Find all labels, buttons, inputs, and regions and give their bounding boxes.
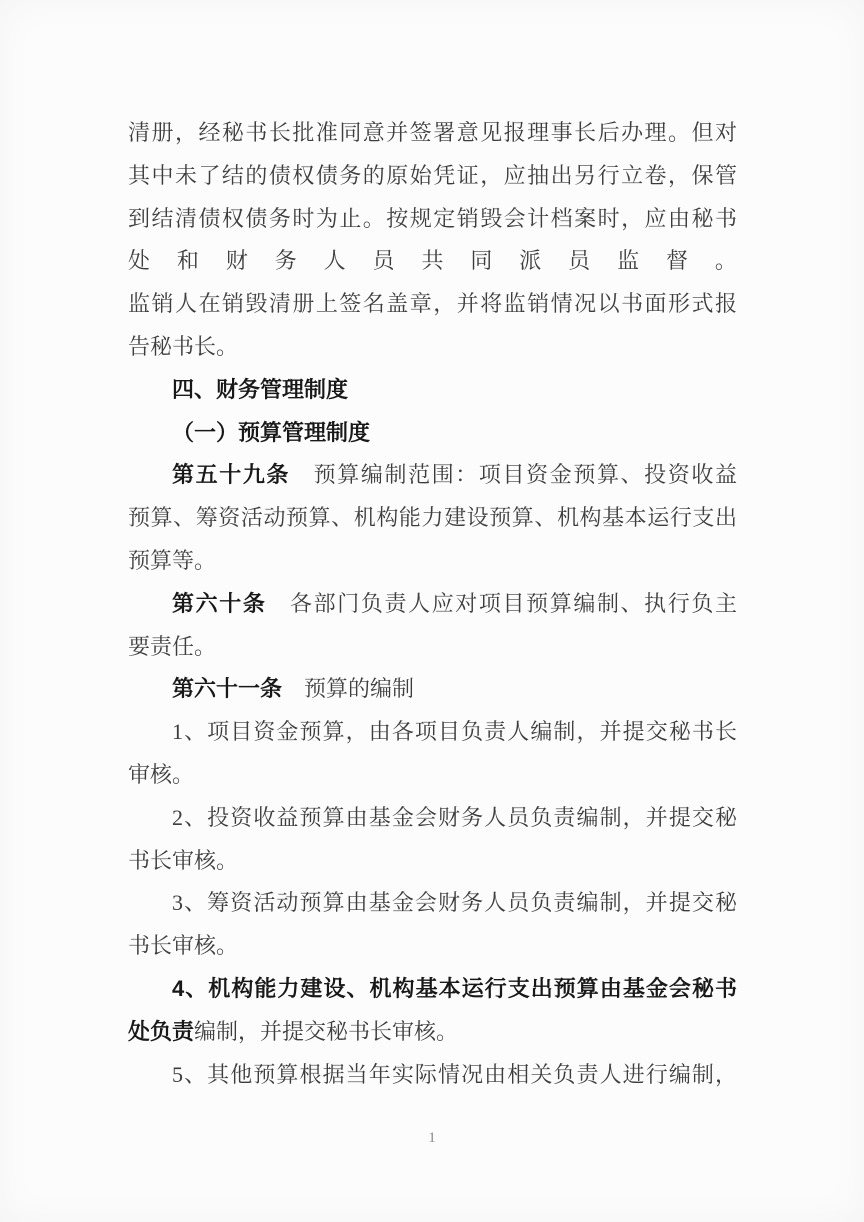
text-char: 人	[324, 240, 346, 283]
document-body: 清册，经秘书长批准同意并签署意见报理事长后办理。但对其中未了结的债权债务的原始凭…	[128, 112, 737, 1096]
text-char: 处	[128, 240, 150, 283]
text-line: 书长审核。	[128, 840, 737, 883]
text-segment-bold: 第六十条	[172, 591, 266, 616]
text-segment: 监销人在销毁清册上签名盖章，并将监销情况以书面形式报	[128, 291, 737, 316]
text-segment: 编制，并提交秘书长审核。	[194, 1019, 458, 1044]
text-line: 第六十条 各部门负责人应对项目预算编制、执行负主	[128, 583, 737, 626]
text-line: 5、其他预算根据当年实际情况由相关负责人进行编制，	[128, 1054, 737, 1097]
text-line: 清册，经秘书长批准同意并签署意见报理事长后办理。但对	[128, 112, 737, 155]
text-line: 四、财务管理制度	[128, 369, 737, 412]
text-segment: 告秘书长。	[128, 334, 238, 359]
text-segment: 其中未了结的债权债务的原始凭证，应抽出另行立卷，保管	[128, 163, 737, 188]
text-segment-bold: 4、机构能力建设、机构基本运行支出预算由基金会秘书	[172, 976, 737, 1001]
text-segment: 预算编制范围：项目资金预算、投资收益	[290, 462, 737, 487]
text-line: （一）预算管理制度	[128, 412, 737, 455]
text-line: 书长审核。	[128, 925, 737, 968]
text-segment: 预算等。	[128, 548, 216, 573]
text-segment-bold: 第六十一条	[172, 676, 282, 701]
text-char: 。	[715, 240, 737, 283]
text-segment: 审核。	[128, 762, 194, 787]
document-page: 清册，经秘书长批准同意并签署意见报理事长后办理。但对其中未了结的债权债务的原始凭…	[0, 0, 864, 1222]
text-char: 共	[421, 240, 443, 283]
text-segment: 预算的编制	[282, 676, 414, 701]
text-segment-bold: 四、财务管理制度	[172, 377, 348, 402]
text-line: 监销人在销毁清册上签名盖章，并将监销情况以书面形式报	[128, 283, 737, 326]
page-number: 1	[0, 1124, 864, 1152]
text-line: 处负责编制，并提交秘书长审核。	[128, 1011, 737, 1054]
text-segment: 3、筹资活动预算由基金会财务人员负责编制，并提交秘	[172, 890, 737, 915]
text-segment: 书长审核。	[128, 933, 238, 958]
text-char: 员	[568, 240, 590, 283]
text-char: 同	[470, 240, 492, 283]
text-line: 1、项目资金预算，由各项目负责人编制，并提交秘书长	[128, 711, 737, 754]
text-segment-bold: （一）预算管理制度	[172, 420, 370, 445]
text-line: 到结清债权债务时为止。按规定销毁会计档案时，应由秘书	[128, 198, 737, 241]
text-char: 务	[275, 240, 297, 283]
text-line: 要责任。	[128, 626, 737, 669]
text-char: 派	[519, 240, 541, 283]
text-segment: 要责任。	[128, 634, 216, 659]
text-char: 员	[373, 240, 395, 283]
text-line: 预算等。	[128, 540, 737, 583]
text-line: 其中未了结的债权债务的原始凭证，应抽出另行立卷，保管	[128, 155, 737, 198]
text-segment: 到结清债权债务时为止。按规定销毁会计档案时，应由秘书	[128, 206, 737, 231]
text-segment: 各部门负责人应对项目预算编制、执行负主	[266, 591, 737, 616]
text-segment: 1、项目资金预算，由各项目负责人编制，并提交秘书长	[172, 719, 737, 744]
text-line: 第六十一条 预算的编制	[128, 668, 737, 711]
text-segment: 清册，经秘书长批准同意并签署意见报理事长后办理。但对	[128, 120, 737, 145]
text-segment-bold: 第五十九条	[172, 462, 290, 487]
text-line: 2、投资收益预算由基金会财务人员负责编制，并提交秘	[128, 797, 737, 840]
text-char: 监	[617, 240, 639, 283]
text-char: 督	[666, 240, 688, 283]
text-line: 3、筹资活动预算由基金会财务人员负责编制，并提交秘	[128, 882, 737, 925]
text-line: 预算、筹资活动预算、机构能力建设预算、机构基本运行支出	[128, 497, 737, 540]
text-segment: 预算、筹资活动预算、机构能力建设预算、机构基本运行支出	[128, 505, 737, 530]
text-segment: 5、其他预算根据当年实际情况由相关负责人进行编制，	[172, 1062, 737, 1087]
text-line: 第五十九条 预算编制范围：项目资金预算、投资收益	[128, 454, 737, 497]
text-char: 和	[177, 240, 199, 283]
text-line: 告秘书长。	[128, 326, 737, 369]
text-line: 4、机构能力建设、机构基本运行支出预算由基金会秘书	[128, 968, 737, 1011]
text-segment: 2、投资收益预算由基金会财务人员负责编制，并提交秘	[172, 805, 737, 830]
text-line: 处和财务人员共同派员监督。	[128, 240, 737, 283]
text-segment: 书长审核。	[128, 848, 238, 873]
text-char: 财	[226, 240, 248, 283]
text-segment-bold: 处负责	[128, 1019, 194, 1044]
text-line: 审核。	[128, 754, 737, 797]
